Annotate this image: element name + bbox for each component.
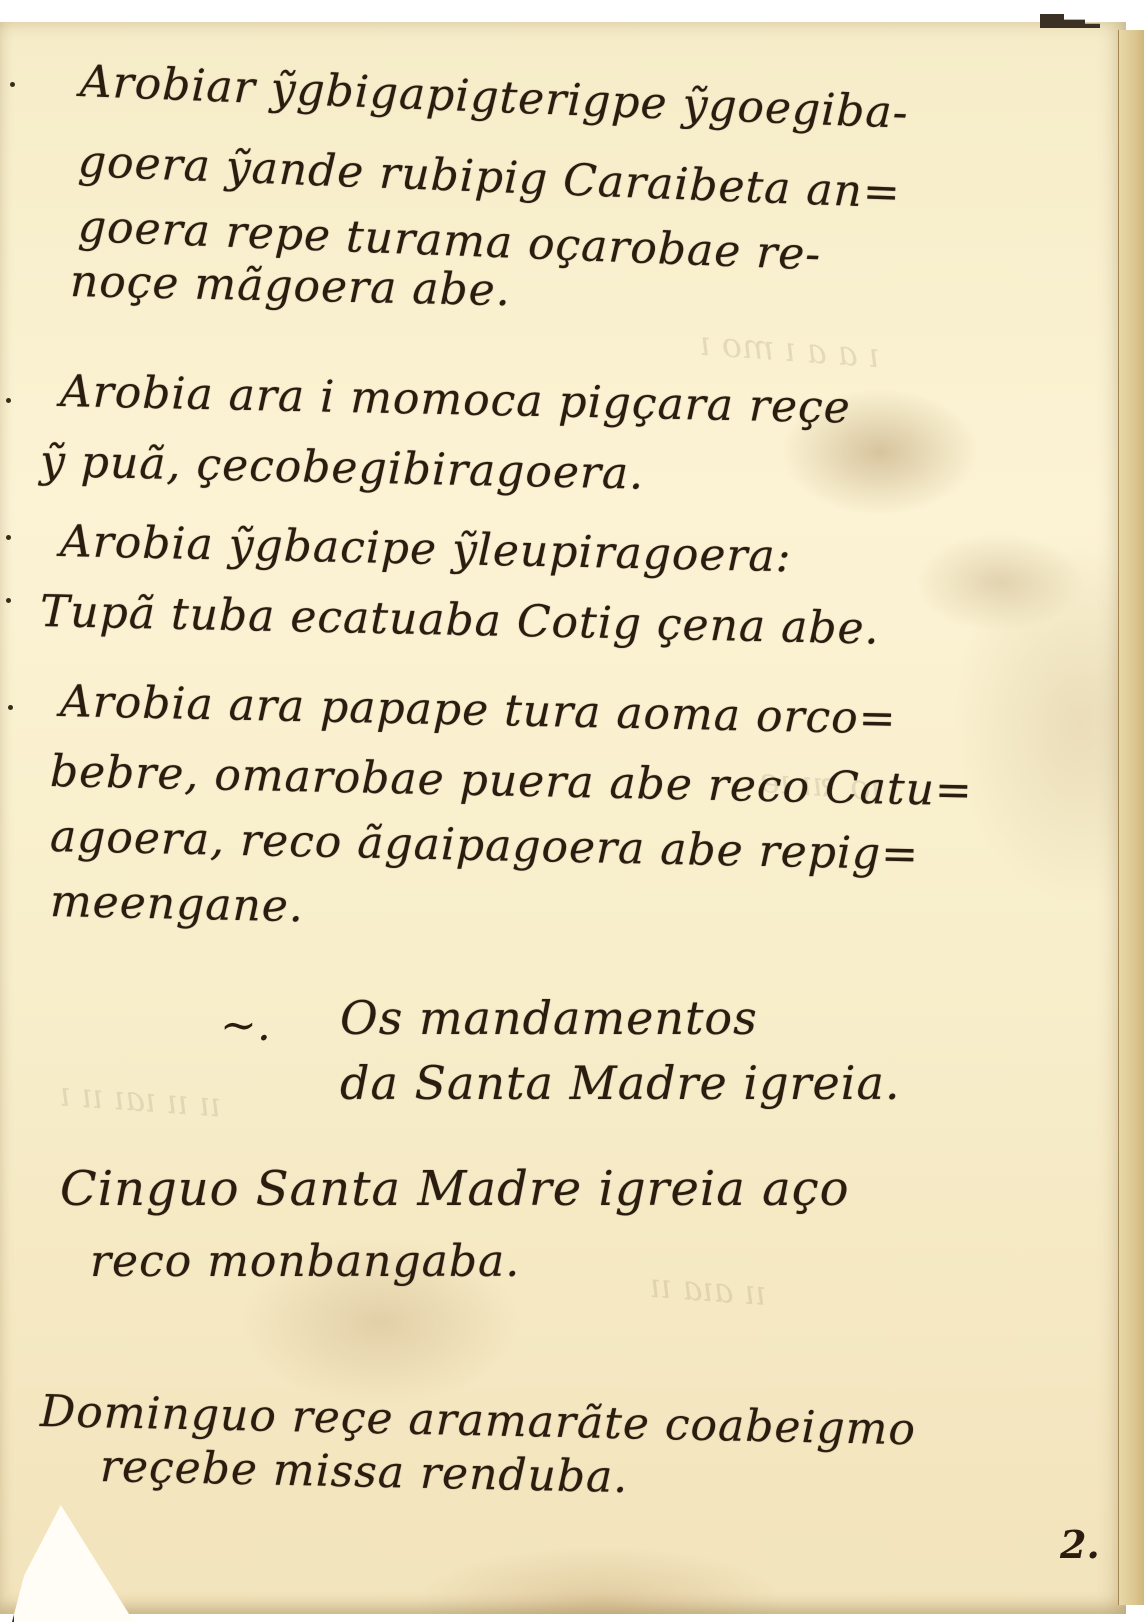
section-paragraph-2-line-2: reçebe missa renduba. xyxy=(100,1445,629,1500)
paragraph-2-line-1: Arobia ara i momoca pigçara reçe xyxy=(60,370,852,431)
margin-mark xyxy=(6,398,11,403)
paragraph-1-line-4: noçe mãgoera abe. xyxy=(70,260,512,313)
paragraph-4-line-1: Tupã tuba ecatuaba Cotig çena abe. xyxy=(40,590,880,652)
paragraph-2-line-2: ỹ puã, çecobegibiragoera. xyxy=(40,440,645,497)
paragraph-1-line-1: Arobiar ỹgbigapigterigpe ỹgoegiba- xyxy=(79,60,909,136)
section-paragraph-1-line-1: Cinguo Santa Madre igreia aço xyxy=(60,1165,850,1213)
heading-line-1: Os mandamentos xyxy=(340,995,758,1041)
page-number: 2. xyxy=(1060,1522,1100,1567)
paragraph-3-line-1: Arobia ỹgbacipe ỹleupiragoera: xyxy=(60,520,792,579)
margin-mark xyxy=(6,598,11,603)
heading-line-2: da Santa Madre igreia. xyxy=(340,1060,901,1106)
paragraph-5-line-4: meengane. xyxy=(50,880,305,929)
margin-mark xyxy=(10,82,15,87)
paragraph-5-line-2: bebre, omarobae puera abe reco Catu= xyxy=(50,750,974,813)
paragraph-5-line-1: Arobia ara papape tura aoma orco= xyxy=(60,680,897,742)
paragraph-5-line-3: agoera, reco ãgaipagoera abe repig= xyxy=(50,815,920,877)
margin-mark xyxy=(6,535,11,540)
manuscript-text: Arobiar ỹgbigapigterigpe ỹgoegiba- goera… xyxy=(0,0,1144,1622)
section-paragraph-1-line-2: reco monbangaba. xyxy=(90,1240,520,1284)
paragraph-1-line-2: goera ỹande rubipig Caraibeta an= xyxy=(77,140,901,216)
heading-ornament: ~. xyxy=(220,1000,271,1051)
margin-mark xyxy=(8,705,13,710)
